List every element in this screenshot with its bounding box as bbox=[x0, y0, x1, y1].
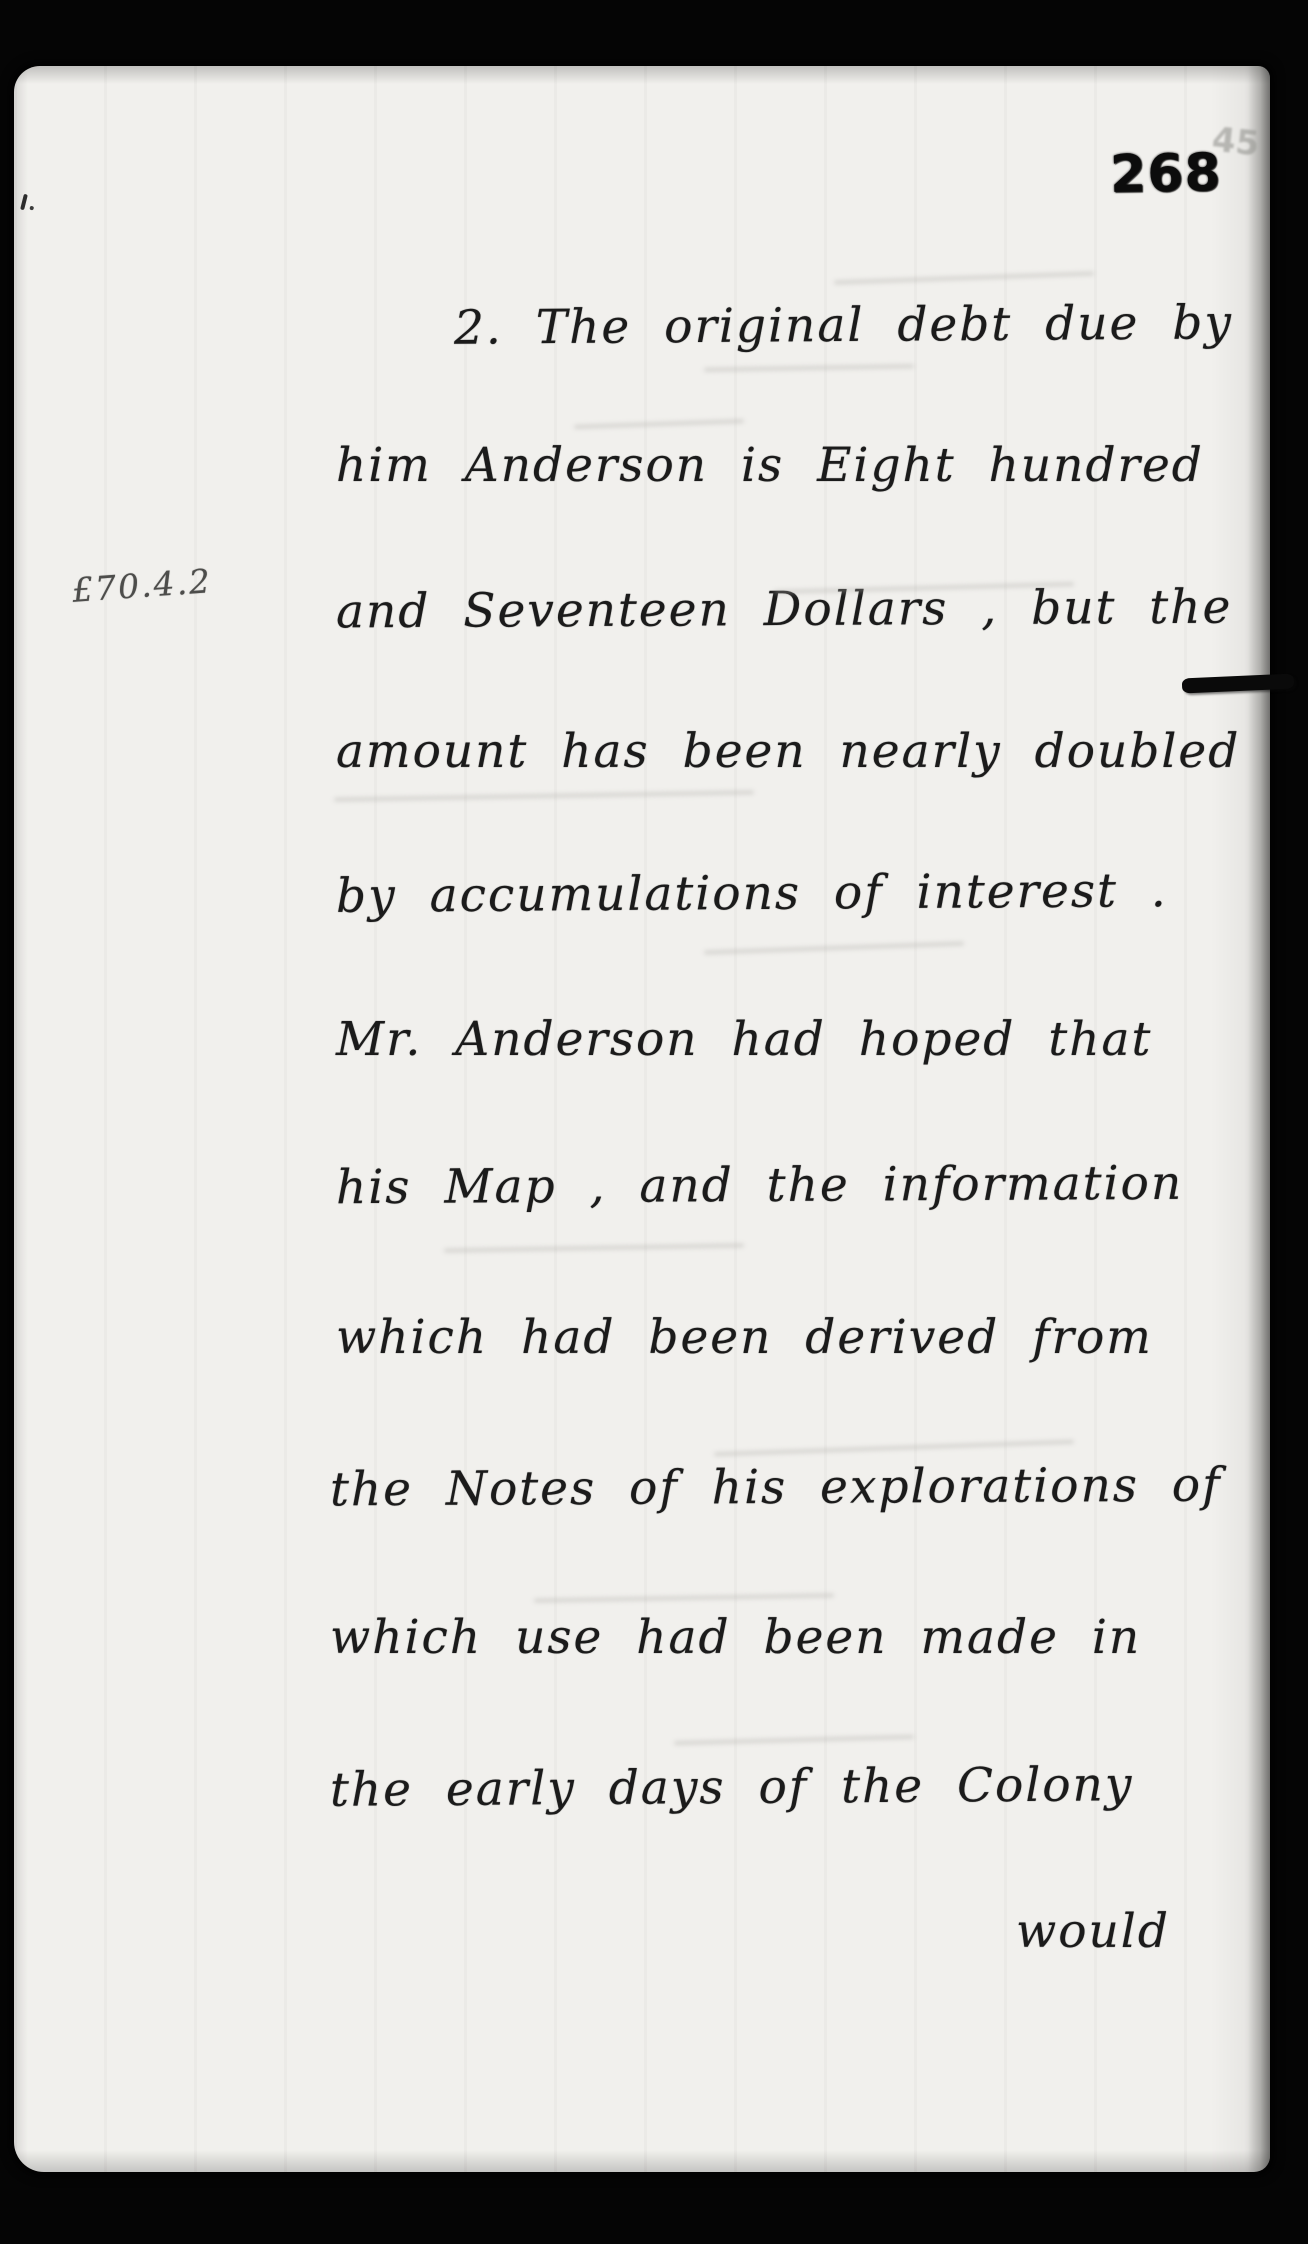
scanned-document: 268 45 £70.4.2 2. The original debt due … bbox=[0, 0, 1308, 2244]
handwritten-line: 2. The original debt due by bbox=[454, 295, 1233, 355]
handwritten-line: and Seventeen Dollars , but the bbox=[336, 580, 1233, 640]
bleedthrough-smudge bbox=[714, 1440, 1074, 1457]
bleedthrough-smudge bbox=[704, 941, 964, 954]
handwritten-line: Mr. Anderson had hoped that bbox=[336, 1012, 1152, 1067]
handwritten-line: would bbox=[1016, 1904, 1170, 1959]
stray-ink-mark bbox=[20, 194, 28, 210]
handwritten-line: the early days of the Colony bbox=[330, 1757, 1134, 1818]
bleedthrough-smudge bbox=[834, 271, 1094, 284]
bleedthrough-smudge bbox=[334, 790, 754, 801]
ghost-page-number: 45 bbox=[1210, 120, 1261, 165]
ink-smear-mark bbox=[1182, 674, 1295, 694]
bleedthrough-smudge bbox=[704, 364, 914, 372]
page-number-stamp: 268 bbox=[1109, 143, 1222, 205]
handwritten-line: by accumulations of interest . bbox=[336, 863, 1168, 924]
manuscript-page: 268 45 £70.4.2 2. The original debt due … bbox=[14, 66, 1270, 2172]
handwritten-line: him Anderson is Eight hundred bbox=[336, 438, 1204, 493]
bleedthrough-smudge bbox=[444, 1243, 744, 1252]
bleedthrough-smudge bbox=[574, 419, 744, 429]
margin-note-amount: £70.4.2 bbox=[71, 561, 213, 610]
handwritten-line: the Notes of his explorations of bbox=[330, 1458, 1222, 1518]
handwritten-line: amount has been nearly doubled bbox=[336, 724, 1240, 779]
handwritten-line: his Map , and the information bbox=[336, 1156, 1183, 1215]
bleedthrough-smudge bbox=[674, 1735, 914, 1745]
page-edge-shadow bbox=[1248, 66, 1270, 2172]
bleedthrough-smudge bbox=[534, 1593, 834, 1602]
handwritten-line: which use had been made in bbox=[330, 1610, 1141, 1665]
handwritten-line: which had been derived from bbox=[336, 1310, 1153, 1365]
